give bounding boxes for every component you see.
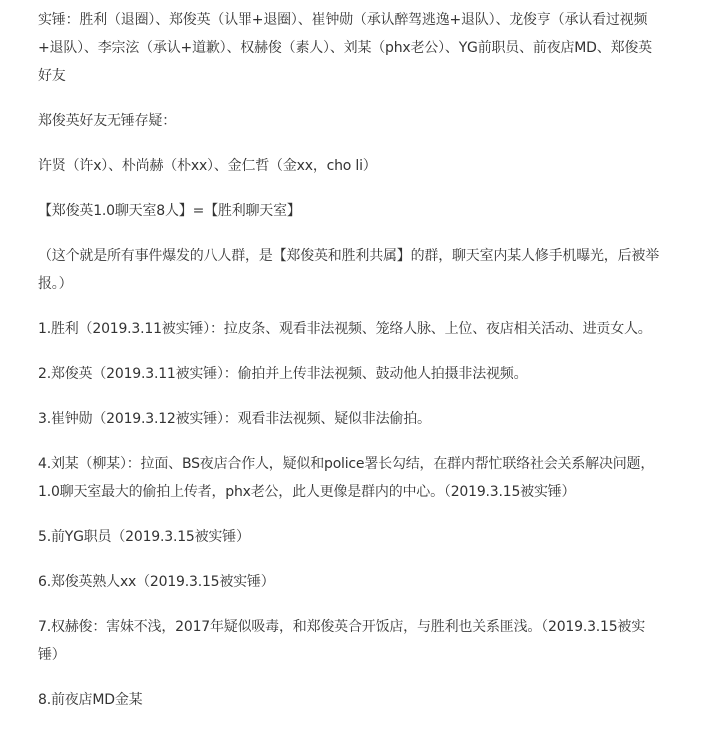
paragraph-unconfirmed-heading: 郑俊英好友无锤存疑： bbox=[38, 107, 665, 135]
paragraph-unconfirmed-list: 许贤（许x）、朴尚赫（朴xx）、金仁哲（金xx，cho li） bbox=[38, 152, 665, 180]
list-item-7: 7.权赫俊：害妹不浅，2017年疑似吸毒，和郑俊英合开饭店，与胜利也关系匪浅。（… bbox=[38, 613, 665, 669]
list-item-1: 1.胜利（2019.3.11被实锤）：拉皮条、观看非法视频、笼络人脉、上位、夜店… bbox=[38, 315, 665, 343]
list-item-3: 3.崔钟勋（2019.3.12被实锤）：观看非法视频、疑似非法偷拍。 bbox=[38, 405, 665, 433]
list-item-2: 2.郑俊英（2019.3.11被实锤）：偷拍并上传非法视频、鼓动他人拍摄非法视频… bbox=[38, 360, 665, 388]
paragraph-chatroom-title: 【郑俊英1.0聊天室8人】=【胜利聊天室】 bbox=[38, 197, 665, 225]
list-item-8: 8.前夜店MD金某 bbox=[38, 686, 665, 714]
list-item-6: 6.郑俊英熟人xx（2019.3.15被实锤） bbox=[38, 568, 665, 596]
list-item-4: 4.刘某（柳某）：拉面、BS夜店合作人，疑似和police署长勾结，在群内帮忙联… bbox=[38, 450, 665, 506]
paragraph-chatroom-note: （这个就是所有事件爆发的八人群，是【郑俊英和胜利共属】的群，聊天室内某人修手机曝… bbox=[38, 242, 665, 298]
paragraph-confirmed-list: 实锤：胜利（退圈）、郑俊英（认罪+退圈）、崔钟勋（承认醉驾逃逸+退队）、龙俊亨（… bbox=[38, 6, 665, 90]
list-item-5: 5.前YG职员（2019.3.15被实锤） bbox=[38, 523, 665, 551]
article-body: 实锤：胜利（退圈）、郑俊英（认罪+退圈）、崔钟勋（承认醉驾逃逸+退队）、龙俊亨（… bbox=[0, 0, 705, 714]
